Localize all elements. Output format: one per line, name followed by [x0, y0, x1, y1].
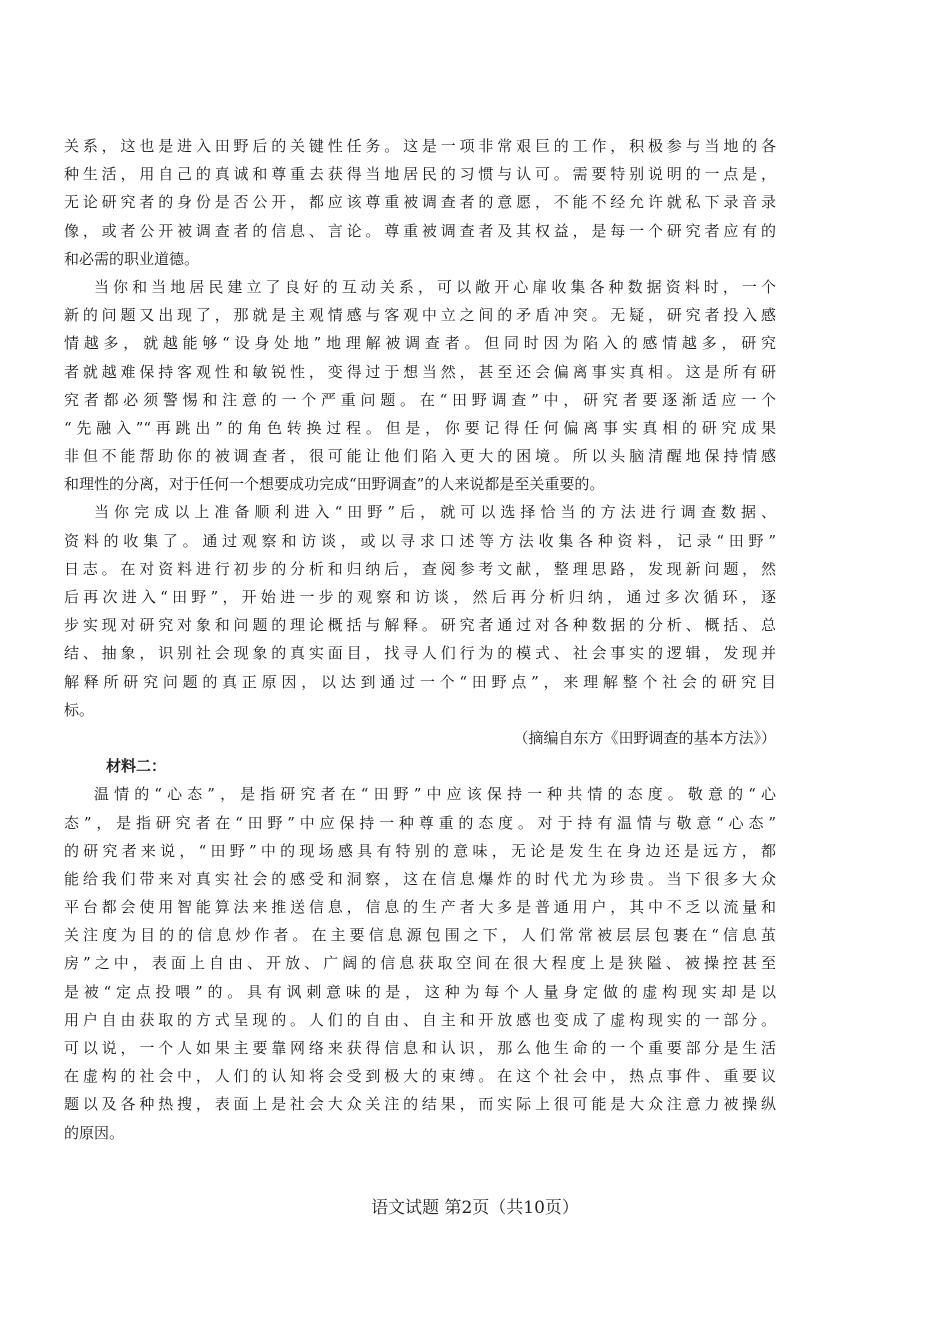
text-line: 者就越难保持客观性和敏锐性，变得过于想当然，甚至还会偏离事实真相。这是所有研 [64, 358, 776, 386]
text-line: 究者都必须警惕和注意的一个严重问题。在“田野调查”中，研究者要逐渐适应一个 [64, 386, 776, 414]
material2-paragraph-1: 温情的“心态”，是指研究者在“田野”中应该保持一种共情的态度。敬意的“心 态”，… [64, 780, 776, 1146]
material1-paragraph-2: 当你和当地居民建立了良好的互动关系，可以敞开心扉收集各种数据资料时，一个 新的问… [64, 273, 776, 499]
text-line: 资料的收集了。通过观察和访谈，或以寻求口述等方法收集各种资料，记录“田野” [64, 527, 776, 555]
text-line: 温情的“心态”，是指研究者在“田野”中应该保持一种共情的态度。敬意的“心 [64, 780, 776, 808]
text-line: 新的问题又出现了，那就是主观情感与客观中立之间的矛盾冲突。无疑，研究者投入感 [64, 301, 776, 329]
text-line: 用户自由获取的方式呈现的。人们的自由、自主和开放感也变成了虚构现实的一部分。 [64, 1006, 776, 1034]
text-line: “先融入”“再跳出”的角色转换过程。但是，你要记得任何偏离事实真相的研究成果 [64, 414, 776, 442]
text-line: 关注度为目的的信息炒作者。在主要信息源包围之下，人们常常被层层包裹在“信息茧 [64, 921, 776, 949]
text-line: 态”，是指研究者在“田野”中应保持一种尊重的态度。对于持有温情与敬意“心态” [64, 809, 776, 837]
document-page: 关系，这也是进入田野后的关键性任务。这是一项非常艰巨的工作，积极参与当地的各 种… [64, 132, 776, 1147]
text-line: 的原因。 [64, 1119, 776, 1147]
page-footer: 语文试题 第2页（共10页） [0, 1193, 950, 1218]
source-citation: （摘编自东方《田野调查的基本方法》） [64, 724, 776, 752]
text-line: 能给我们带来对真实社会的感受和洞察，这在信息爆炸的时代尤为珍贵。当下很多大众 [64, 865, 776, 893]
text-line: 解释所研究问题的真正原因，以达到通过一个“田野点”，来理解整个社会的研究目 [64, 668, 776, 696]
material1-paragraph-3: 当你完成以上准备顺利进入“田野”后，就可以选择恰当的方法进行调查数据、 资料的收… [64, 498, 776, 724]
text-line: 日志。在对资料进行初步的分析和归纳后，查阅参考文献，整理思路，发现新问题，然 [64, 555, 776, 583]
text-line: 标。 [64, 696, 776, 724]
text-line: 房”之中，表面上自由、开放、广阔的信息获取空间在很大程度上是狭隘、被操控甚至 [64, 949, 776, 977]
material1-paragraph-1: 关系，这也是进入田野后的关键性任务。这是一项非常艰巨的工作，积极参与当地的各 种… [64, 132, 776, 273]
text-line: 当你完成以上准备顺利进入“田野”后，就可以选择恰当的方法进行调查数据、 [64, 498, 776, 526]
text-line: 是被“定点投喂”的。具有讽刺意味的是，这种为每个人量身定做的虚构现实却是以 [64, 978, 776, 1006]
text-line: 种生活，用自己的真诚和尊重去获得当地居民的习惯与认可。需要特别说明的一点是， [64, 160, 776, 188]
text-line: 和必需的职业道德。 [64, 245, 776, 273]
text-line: 无论研究者的身份是否公开，都应该尊重被调查者的意愿，不能不经允许就私下录音录 [64, 188, 776, 216]
text-line: 结、抽象，识别社会现象的真实面目，找寻人们行为的模式、社会事实的逻辑，发现并 [64, 639, 776, 667]
text-line: 当你和当地居民建立了良好的互动关系，可以敞开心扉收集各种数据资料时，一个 [64, 273, 776, 301]
text-line: 的研究者来说，“田野”中的现场感具有特别的意味，无论是发生在身边还是远方，都 [64, 837, 776, 865]
text-line: 步实现对研究对象和问题的理论概括与解释。研究者通过对各种数据的分析、概括、总 [64, 611, 776, 639]
material2-heading: 材料二： [64, 752, 776, 780]
text-line: 可以说，一个人如果主要靠网络来获得信息和认识，那么他生命的一个重要部分是生活 [64, 1034, 776, 1062]
text-line: 在虚构的社会中，人们的认知将会受到极大的束缚。在这个社会中，热点事件、重要议 [64, 1062, 776, 1090]
text-line: 平台都会使用智能算法来推送信息，信息的生产者大多是普通用户，其中不乏以流量和 [64, 893, 776, 921]
text-line: 关系，这也是进入田野后的关键性任务。这是一项非常艰巨的工作，积极参与当地的各 [64, 132, 776, 160]
text-line: 后再次进入“田野”，开始进一步的观察和访谈，然后再分析归纳，通过多次循环，逐 [64, 583, 776, 611]
text-line: 情越多，就越能够“设身处地”地理解被调查者。但同时因为陷入的感情越多，研究 [64, 329, 776, 357]
text-line: 非但不能帮助你的被调查者，很可能让他们陷入更大的困境。所以头脑清醒地保持情感 [64, 442, 776, 470]
text-line: 像，或者公开被调查者的信息、言论。尊重被调查者及其权益，是每一个研究者应有的 [64, 217, 776, 245]
text-line: 题以及各种热搜，表面上是社会大众关注的结果，而实际上很可能是大众注意力被操纵 [64, 1090, 776, 1118]
text-line: 和理性的分离，对于任何一个想要成功完成“田野调查”的人来说都是至关重要的。 [64, 470, 776, 498]
